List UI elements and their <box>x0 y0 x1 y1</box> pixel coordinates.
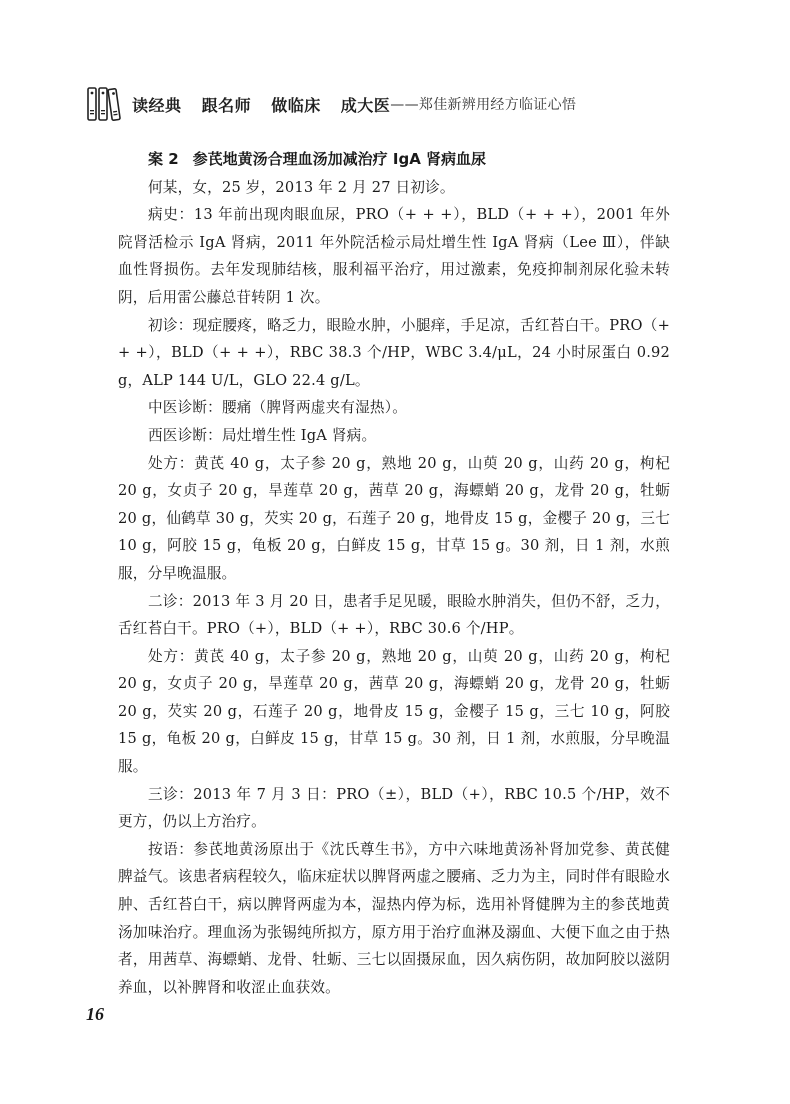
prescription-1: 处方：黄芪 40 g，太子参 20 g，熟地 20 g，山萸 20 g，山药 2… <box>118 450 670 588</box>
case-number: 案 2 <box>148 150 179 168</box>
western-diagnosis: 西医诊断：局灶增生性 IgA 肾病。 <box>118 422 670 450</box>
book-subtitle: ——郑佳新辨用经方临证心悟 <box>390 94 576 114</box>
series-word-3: 做临床 <box>271 96 321 115</box>
patient-info: 何某，女，25 岁，2013 年 2 月 27 日初诊。 <box>118 174 670 202</box>
case-heading: 案 2参芪地黄汤合理血汤加减治疗 IgA 肾病血尿 <box>148 146 670 174</box>
first-visit: 初诊：现症腰疼，略乏力，眼睑水肿，小腿痒，手足凉，舌红苔白干。PRO（+ + +… <box>118 312 670 395</box>
second-visit: 二诊：2013 年 3 月 20 日，患者手足见暖，眼睑水肿消失，但仍不舒，乏力… <box>118 588 670 643</box>
commentary: 按语：参芪地黄汤原出于《沈氏尊生书》，方中六味地黄汤补肾加党参、黄芪健脾益气。该… <box>118 836 670 1002</box>
running-header: 读经典 跟名师 做临床 成大医 ——郑佳新辨用经方临证心悟 <box>86 86 576 122</box>
series-title: 读经典 跟名师 做临床 成大医 <box>132 93 390 116</box>
page-number: 16 <box>86 1004 104 1025</box>
third-visit: 三诊：2013 年 7 月 3 日：PRO（±），BLD（+），RBC 10.5… <box>118 781 670 836</box>
page-body: 案 2参芪地黄汤合理血汤加减治疗 IgA 肾病血尿 何某，女，25 岁，2013… <box>118 146 670 1001</box>
series-word-2: 跟名师 <box>202 96 252 115</box>
series-word-4: 成大医 <box>341 96 391 115</box>
medical-history: 病史：13 年前出现肉眼血尿，PRO（+ + +），BLD（+ + +），200… <box>118 201 670 311</box>
case-title: 参芪地黄汤合理血汤加减治疗 IgA 肾病血尿 <box>193 150 486 168</box>
tcm-diagnosis: 中医诊断：腰痛（脾肾两虚夹有湿热）。 <box>118 394 670 422</box>
books-icon <box>86 86 122 122</box>
series-word-1: 读经典 <box>132 96 182 115</box>
prescription-2: 处方：黄芪 40 g，太子参 20 g，熟地 20 g，山萸 20 g，山药 2… <box>118 643 670 781</box>
